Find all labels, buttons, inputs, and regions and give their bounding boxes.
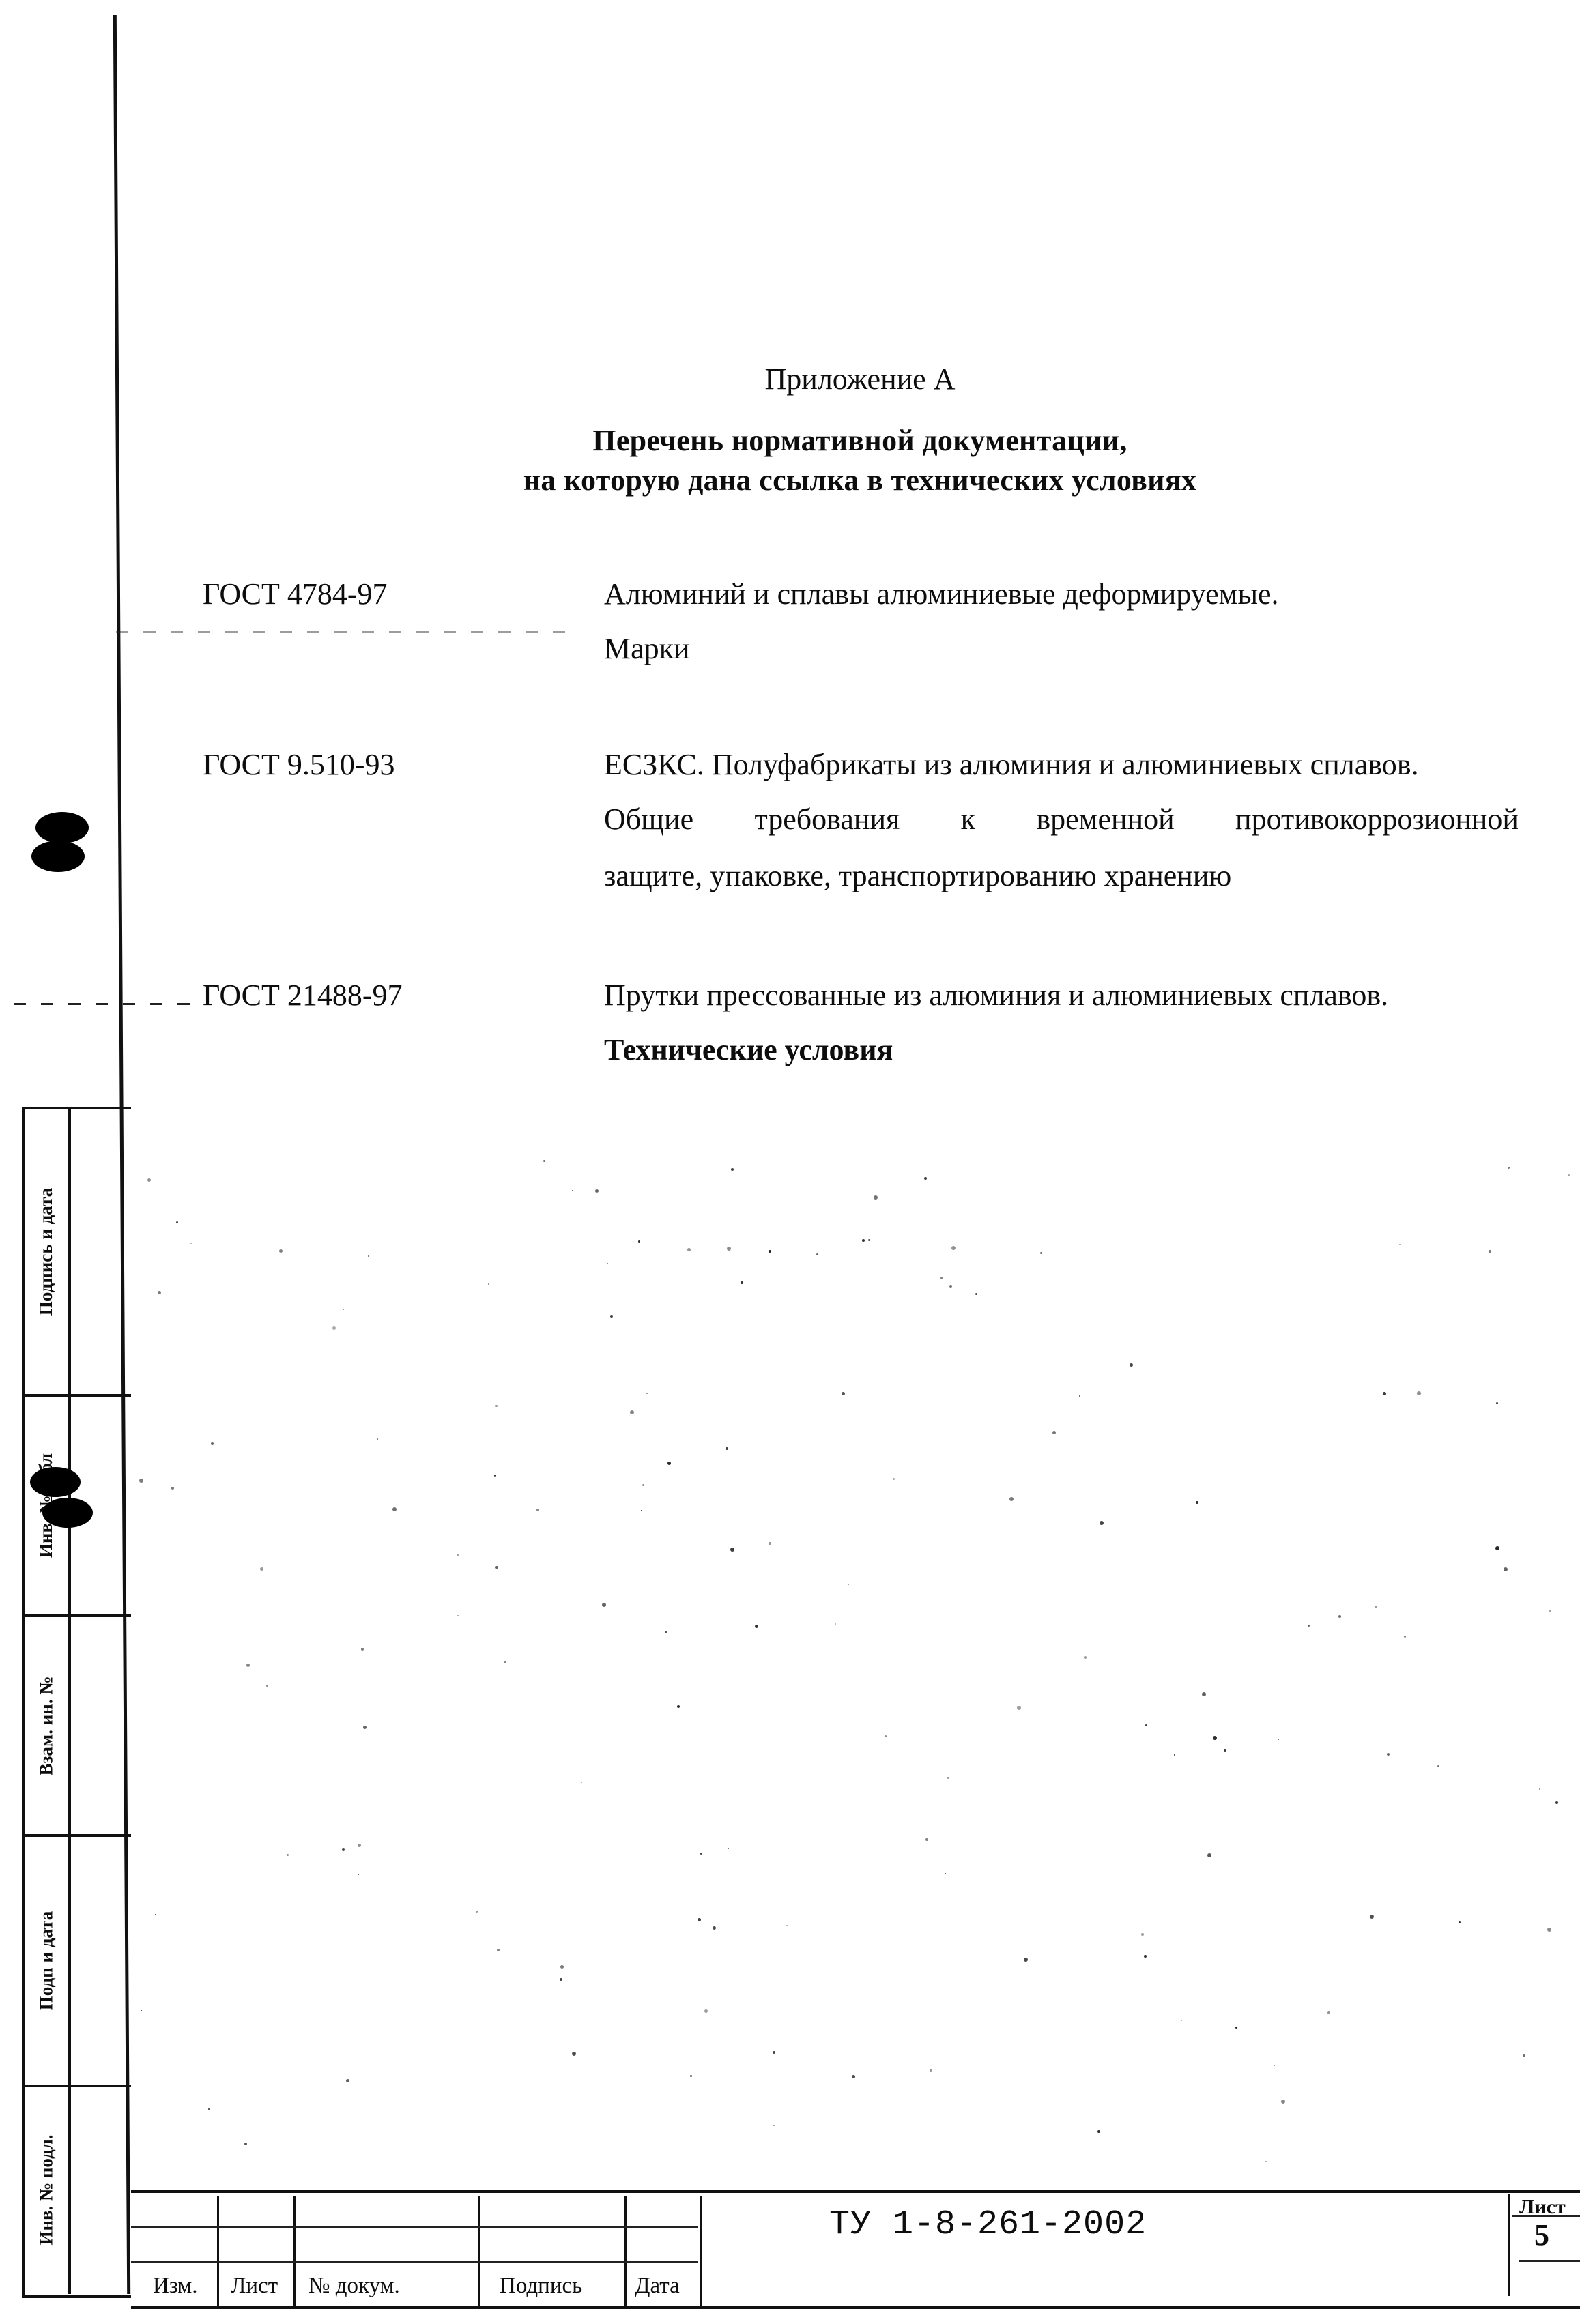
reference-desc-line: Алюминий и сплавы алюминиевые деформируе… <box>604 577 1279 611</box>
reference-desc-line: Технические условия <box>604 1032 893 1067</box>
punch-hole-mark <box>30 1467 81 1497</box>
title-block-bottom-border <box>131 2306 1580 2309</box>
title-block-top-border <box>131 2190 1580 2193</box>
document-code: ТУ 1-8-261-2002 <box>829 2205 1147 2244</box>
title-block-row-line <box>1519 2260 1580 2262</box>
column-label-signature: Подпись <box>500 2274 582 2299</box>
reference-desc-line: Марки <box>604 631 690 666</box>
title-block-divider <box>217 2196 219 2306</box>
stamp-divider <box>68 1107 71 2294</box>
reference-code: ГОСТ 9.510-93 <box>203 747 395 782</box>
title-block-divider <box>1508 2194 1510 2296</box>
title-block-row-line <box>131 2261 698 2263</box>
stamp-label-sign-date: Подп и дата <box>26 1837 67 2085</box>
scan-noise-line <box>116 631 566 633</box>
stamp-label-original-inv: Инв. № подл. <box>26 2087 67 2292</box>
word: временной <box>1036 802 1174 837</box>
fold-line <box>14 1003 198 1005</box>
sheet-label: Лист <box>1519 2196 1566 2219</box>
heading-line-1: Перечень нормативной документации, <box>0 423 1580 458</box>
appendix-title: Приложение А <box>0 362 1580 396</box>
title-block-divider <box>478 2196 480 2306</box>
punch-hole-mark <box>35 812 89 843</box>
column-label-sheet: Лист <box>231 2274 278 2299</box>
title-block-divider <box>293 2196 296 2306</box>
stamp-label-replaced-inv: Взам. ин. № <box>26 1617 67 1834</box>
punch-hole-mark <box>31 841 85 872</box>
reference-desc-line: ЕСЗКС. Полуфабрикаты из алюминия и алюми… <box>604 747 1418 782</box>
column-label-date: Дата <box>635 2274 680 2299</box>
word: Общие <box>604 802 693 837</box>
title-block-divider <box>700 2196 702 2306</box>
word: к <box>961 802 975 837</box>
reference-code: ГОСТ 4784-97 <box>203 577 388 611</box>
word: требования <box>754 802 900 837</box>
word: противокоррозионной <box>1235 802 1519 837</box>
reference-code: ГОСТ 21488-97 <box>203 978 403 1013</box>
title-block-row-line <box>131 2226 698 2228</box>
heading-line-2: на которую дана ссылка в технических усл… <box>0 463 1580 497</box>
punch-hole-mark <box>42 1498 93 1528</box>
sheet-number: 5 <box>1534 2218 1549 2252</box>
stamp-label-signature-date: Подпись и дата <box>26 1109 67 1394</box>
column-label-doc-number: № докум. <box>308 2274 400 2299</box>
column-label-change: Изм. <box>153 2274 198 2299</box>
reference-desc-line-justified: Общие требования к временной противокорр… <box>604 802 1519 837</box>
reference-desc-line: Прутки прессованные из алюминия и алюмин… <box>604 978 1388 1013</box>
reference-desc-line: защите, упаковке, транспортированию хран… <box>604 858 1231 893</box>
title-block-divider <box>624 2196 627 2306</box>
